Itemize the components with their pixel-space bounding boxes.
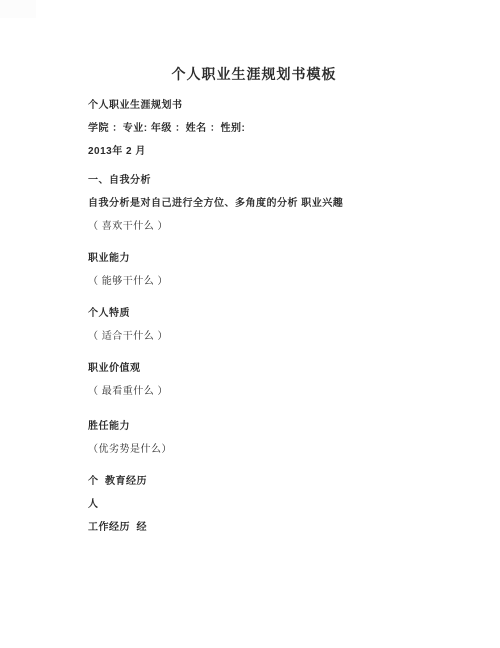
- doc-subtitle: 个人职业生涯规划书: [88, 99, 440, 113]
- personal-experience-line-2: 人: [88, 498, 440, 512]
- personal-trait-label: 个人特质: [88, 307, 440, 321]
- competence-note: （优劣势是什么）: [88, 443, 440, 457]
- career-interest-note: （ 喜欢干什么 ）: [88, 220, 440, 234]
- date-line: 2013年 2 月: [88, 145, 440, 159]
- personal-trait-note: （ 适合干什么 ）: [88, 330, 440, 344]
- self-analysis-intro: 自我分析是对自己进行全方位、多角度的分析 职业兴趣: [88, 197, 440, 211]
- personal-experience-line-1: 个 教育经历: [88, 475, 440, 489]
- career-values-note: （ 最看重什么 ）: [88, 385, 440, 399]
- document-content: 个人职业生涯规划书模板 个人职业生涯规划书 学院 ：专业: 年级 ：姓名 ：性别…: [0, 0, 500, 535]
- corner-scan-artifact: [0, 0, 36, 18]
- career-ability-note: （ 能够干什么 ）: [88, 275, 440, 289]
- competence-label: 胜任能力: [88, 420, 440, 434]
- career-values-label: 职业价值观: [88, 362, 440, 376]
- student-info-line: 学院 ：专业: 年级 ：姓名 ：性别:: [88, 122, 440, 136]
- document-page: 个人职业生涯规划书模板 个人职业生涯规划书 学院 ：专业: 年级 ：姓名 ：性别…: [0, 0, 500, 648]
- career-ability-label: 职业能力: [88, 252, 440, 266]
- section-1-heading: 一、自我分析: [88, 174, 440, 188]
- work-experience-line: 工作经历 经: [88, 521, 440, 535]
- doc-title: 个人职业生涯规划书模板: [88, 64, 420, 84]
